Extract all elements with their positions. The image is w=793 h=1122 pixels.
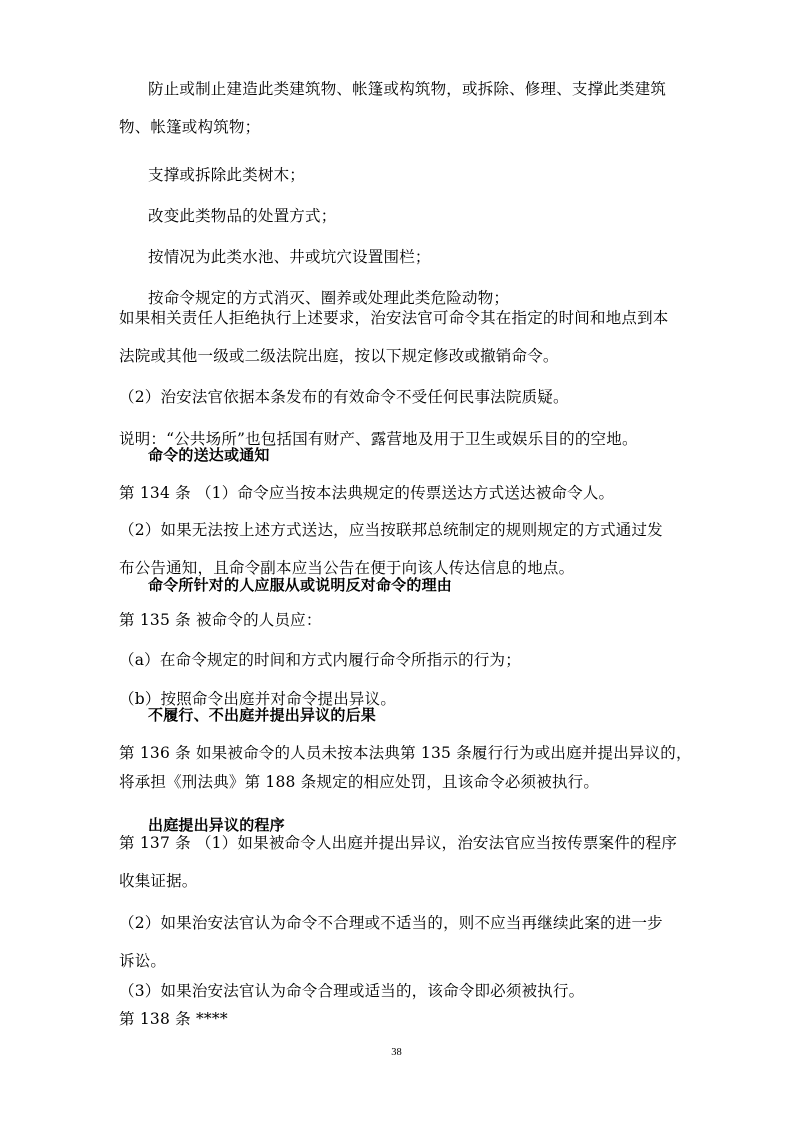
- paragraph-line: 法院或其他一级或二级法院出庭，按以下规定修改或撤销命令。: [119, 346, 679, 366]
- paragraph-line: 如果相关责任人拒绝执行上述要求，治安法官可命令其在指定的时间和地点到本: [119, 308, 679, 328]
- paragraph-line: 防止或制止建造此类建筑物、帐篷或构筑物，或拆除、修理、支撑此类建筑: [148, 79, 708, 99]
- list-item: 按情况为此类水池、井或坑穴设置围栏；: [148, 247, 708, 267]
- paragraph-line: 诉讼。: [119, 951, 679, 971]
- article-137: 第 137 条 （1）如果被命令人出庭并提出异议，治安法官应当按传票案件的程序: [119, 833, 679, 853]
- document-page: 防止或制止建造此类建筑物、帐篷或构筑物，或拆除、修理、支撑此类建筑 物、帐篷或构…: [0, 0, 793, 1122]
- paragraph-line: （2）治安法官依据本条发布的有效命令不受任何民事法院质疑。: [119, 387, 679, 407]
- list-item: 支撑或拆除此类树木；: [148, 165, 708, 185]
- article-136: 第 136 条 如果被命令的人员未按本法典第 135 条履行行为或出庭并提出异议…: [119, 743, 679, 763]
- section-heading: 命令所针对的人应服从或说明反对命令的理由: [148, 575, 708, 595]
- paragraph-line: 将承担《刑法典》第 188 条规定的相应处罚，且该命令必须被执行。: [119, 772, 679, 792]
- paragraph-line: （3）如果治安法官认为命令合理或适当的，该命令即必须被执行。: [119, 981, 679, 1001]
- article-134: 第 134 条 （1）命令应当按本法典规定的传票送达方式送达被命令人。: [119, 483, 679, 503]
- paragraph-line: 收集证据。: [119, 871, 679, 891]
- list-item: （a）在命令规定的时间和方式内履行命令所指示的行为；: [119, 650, 679, 670]
- paragraph-line: 物、帐篷或构筑物；: [119, 117, 679, 137]
- paragraph-line: （2）如果无法按上述方式送达，应当按联邦总统制定的规则规定的方式通过发: [119, 520, 679, 540]
- list-item: 改变此类物品的处置方式；: [148, 206, 708, 226]
- article-138: 第 138 条 ****: [119, 1009, 679, 1029]
- list-item: 按命令规定的方式消灭、圈养或处理此类危险动物；: [148, 288, 708, 308]
- section-heading: 命令的送达或通知: [148, 445, 708, 465]
- article-135: 第 135 条 被命令的人员应：: [119, 610, 679, 630]
- section-heading: 出庭提出异议的程序: [148, 815, 708, 835]
- page-number: 38: [0, 1047, 793, 1058]
- paragraph-line: （2）如果治安法官认为命令不合理或不适当的，则不应当再继续此案的进一步: [119, 913, 679, 933]
- section-heading: 不履行、不出庭并提出异议的后果: [148, 705, 708, 725]
